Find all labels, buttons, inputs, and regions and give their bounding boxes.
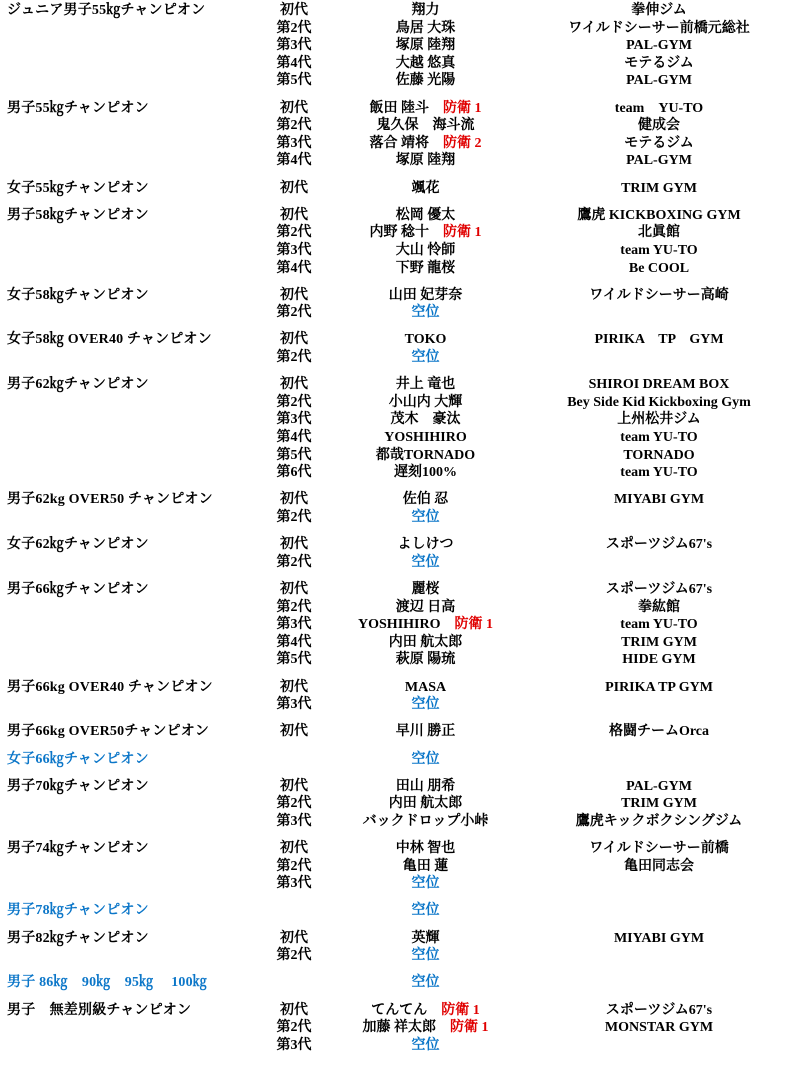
- champion-name-cell: 颯花: [323, 180, 528, 198]
- gym-name: team YU-TO: [528, 242, 790, 260]
- generation-label: 初代: [265, 930, 323, 948]
- category-label: 男子66kg OVER50チャンピオン: [7, 723, 265, 741]
- generation-label: 第4代: [265, 260, 323, 278]
- champion-name-cell: 鬼久保 海斗流: [323, 117, 528, 135]
- gym-name: [528, 1037, 790, 1055]
- category-spacer: [7, 152, 265, 170]
- table-row: 第3代バックドロップ小峠鷹虎キックボクシングジム: [7, 813, 790, 831]
- generation-label: 初代: [265, 100, 323, 118]
- generation-label: 初代: [265, 581, 323, 599]
- champion-name: 下野 龍桜: [396, 261, 456, 276]
- category-spacer: [7, 696, 265, 714]
- champion-name-cell: 空位: [323, 509, 528, 527]
- champion-name-cell: 内田 航太郎: [323, 634, 528, 652]
- table-row: 第3代落合 靖将防衛 2モテるジム: [7, 135, 790, 153]
- generation-label: 第3代: [265, 813, 323, 831]
- champion-name-cell: てんてん防衛 1: [323, 1002, 528, 1020]
- category-spacer: [7, 117, 265, 135]
- table-row: 男子66kg OVER40 チャンピオン初代MASAPIRIKA TP GYM: [7, 679, 790, 697]
- champion-list: ジュニア男子55㎏チャンピオン初代翔力拳伸ジム第2代鳥居 大珠ワイルドシーサー前…: [7, 2, 790, 1054]
- champion-name-cell: 田山 朋希: [323, 778, 528, 796]
- champion-name: 飯田 陸斗: [370, 101, 430, 116]
- champion-name-cell: 塚原 陸翔: [323, 152, 528, 170]
- champion-name-cell: 遅刻100%: [323, 464, 528, 482]
- champion-name-cell: YOSHIHIRO防衛 1: [323, 616, 528, 634]
- generation-label: 第3代: [265, 1037, 323, 1055]
- generation-label: 初代: [265, 536, 323, 554]
- champion-name-cell: 空位: [323, 875, 528, 893]
- champion-name: 落合 靖将: [370, 136, 430, 151]
- generation-label: [265, 902, 323, 920]
- vacant-label: 空位: [412, 903, 440, 918]
- generation-label: 第2代: [265, 599, 323, 617]
- gym-name: team YU-TO: [528, 464, 790, 482]
- gym-name: PAL-GYM: [528, 37, 790, 55]
- generation-label: 初代: [265, 2, 323, 20]
- table-row: 第4代大越 悠真モテるジム: [7, 55, 790, 73]
- category-spacer: [7, 509, 265, 527]
- category-spacer: [7, 411, 265, 429]
- generation-label: 第4代: [265, 634, 323, 652]
- table-row: 第3代塚原 陸翔PAL-GYM: [7, 37, 790, 55]
- generation-label: 第5代: [265, 447, 323, 465]
- champion-name: 山田 妃芽奈: [389, 288, 463, 303]
- gym-name: 北眞館: [528, 224, 790, 242]
- champion-name: 麗桜: [412, 582, 440, 597]
- category-spacer: [7, 447, 265, 465]
- gym-name: team YU-TO: [528, 616, 790, 634]
- champion-name-cell: 翔力: [323, 2, 528, 20]
- table-row: 第5代佐藤 光陽PAL-GYM: [7, 72, 790, 90]
- category-spacer: [7, 554, 265, 572]
- champion-name: 中林 智也: [396, 841, 456, 856]
- gym-name: PIRIKA TP GYM: [528, 331, 790, 349]
- generation-label: 初代: [265, 287, 323, 305]
- gym-name: TRIM GYM: [528, 634, 790, 652]
- gym-name: 拳紘館: [528, 599, 790, 617]
- table-row: 男子66㎏チャンピオン初代麗桜スポーツジム67's: [7, 581, 790, 599]
- section: 女子58㎏ OVER40 チャンピオン初代TOKOPIRIKA TP GYM第2…: [7, 331, 790, 366]
- category-label: 男子82㎏チャンピオン: [7, 930, 265, 948]
- champion-name: 内野 稔十: [370, 225, 430, 240]
- champion-name-cell: 飯田 陸斗防衛 1: [323, 100, 528, 118]
- section: ジュニア男子55㎏チャンピオン初代翔力拳伸ジム第2代鳥居 大珠ワイルドシーサー前…: [7, 2, 790, 90]
- gym-name: TRIM GYM: [528, 180, 790, 198]
- champion-name-cell: 茂木 豪汰: [323, 411, 528, 429]
- champion-name-cell: 小山内 大輝: [323, 394, 528, 412]
- champion-name: バックドロップ小峠: [363, 814, 489, 829]
- gym-name: [528, 902, 790, 920]
- vacant-label: 空位: [412, 510, 440, 525]
- champion-name-cell: 内野 稔十防衛 1: [323, 224, 528, 242]
- table-row: 第3代空位: [7, 875, 790, 893]
- category-label: 男子 無差別級チャンピオン: [7, 1002, 265, 1020]
- gym-name: [528, 974, 790, 992]
- generation-label: 第4代: [265, 152, 323, 170]
- champion-name: 鳥居 大珠: [396, 21, 456, 36]
- generation-label: 第2代: [265, 224, 323, 242]
- vacant-label: 空位: [412, 305, 440, 320]
- gym-name: [528, 947, 790, 965]
- gym-name: 鷹虎キックボクシングジム: [528, 813, 790, 831]
- category-spacer: [7, 1037, 265, 1055]
- generation-label: 第2代: [265, 304, 323, 322]
- section: 女子62㎏チャンピオン初代よしけつスポーツジム67's第2代空位: [7, 536, 790, 571]
- category-label: 女子58㎏ OVER40 チャンピオン: [7, 331, 265, 349]
- category-spacer: [7, 429, 265, 447]
- champion-name-cell: 萩原 陽琉: [323, 651, 528, 669]
- champion-name: 翔力: [412, 3, 440, 18]
- section: 男子 無差別級チャンピオン初代てんてん防衛 1スポーツジム67's第2代加藤 祥…: [7, 1002, 790, 1055]
- gym-name: スポーツジム67's: [528, 536, 790, 554]
- generation-label: 第2代: [265, 947, 323, 965]
- category-spacer: [7, 349, 265, 367]
- gym-name: ワイルドシーサー前橋元総社: [528, 20, 790, 38]
- gym-name: ワイルドシーサー高崎: [528, 287, 790, 305]
- gym-name: 鷹虎 KICKBOXING GYM: [528, 207, 790, 225]
- champion-name-cell: 落合 靖将防衛 2: [323, 135, 528, 153]
- vacant-label: 空位: [412, 975, 440, 990]
- table-row: 男子82㎏チャンピオン初代英輝MIYABI GYM: [7, 930, 790, 948]
- gym-name: MIYABI GYM: [528, 491, 790, 509]
- table-row: 第2代渡辺 日高拳紘館: [7, 599, 790, 617]
- generation-label: 第3代: [265, 875, 323, 893]
- category-label: 男子78㎏チャンピオン: [7, 902, 265, 920]
- section: 女子55㎏チャンピオン初代颯花TRIM GYM: [7, 180, 790, 198]
- champion-name-cell: 早川 勝正: [323, 723, 528, 741]
- generation-label: 初代: [265, 840, 323, 858]
- table-row: 男子62㎏チャンピオン初代井上 竜也SHIROI DREAM BOX: [7, 376, 790, 394]
- generation-label: 初代: [265, 180, 323, 198]
- champion-name: 都哉TORNADO: [376, 448, 475, 463]
- defense-badge: 防衛 1: [441, 1003, 480, 1018]
- champion-name-cell: 佐藤 光陽: [323, 72, 528, 90]
- champion-name-cell: MASA: [323, 679, 528, 697]
- generation-label: 第3代: [265, 411, 323, 429]
- champion-name-cell: 空位: [323, 696, 528, 714]
- defense-badge: 防衛 1: [454, 617, 493, 632]
- gym-name: [528, 554, 790, 572]
- table-row: 女子66㎏チャンピオン空位: [7, 751, 790, 769]
- gym-name: スポーツジム67's: [528, 581, 790, 599]
- generation-label: 初代: [265, 376, 323, 394]
- champion-name: 渡辺 日高: [396, 600, 456, 615]
- champion-name-cell: バックドロップ小峠: [323, 813, 528, 831]
- generation-label: 第3代: [265, 135, 323, 153]
- gym-name: PIRIKA TP GYM: [528, 679, 790, 697]
- table-row: 第2代内野 稔十防衛 1北眞館: [7, 224, 790, 242]
- category-spacer: [7, 135, 265, 153]
- category-spacer: [7, 875, 265, 893]
- category-spacer: [7, 795, 265, 813]
- champion-name: 井上 竜也: [396, 377, 456, 392]
- section: 男子58㎏チャンピオン初代松岡 優太鷹虎 KICKBOXING GYM第2代内野…: [7, 207, 790, 277]
- table-row: 女子58㎏ OVER40 チャンピオン初代TOKOPIRIKA TP GYM: [7, 331, 790, 349]
- generation-label: 第2代: [265, 795, 323, 813]
- champion-name-cell: 空位: [323, 974, 528, 992]
- category-spacer: [7, 616, 265, 634]
- champion-name-cell: 空位: [323, 947, 528, 965]
- generation-label: 第3代: [265, 616, 323, 634]
- generation-label: 第2代: [265, 20, 323, 38]
- category-spacer: [7, 1019, 265, 1037]
- champion-name: 松岡 優太: [396, 208, 456, 223]
- gym-name: [528, 304, 790, 322]
- table-row: ジュニア男子55㎏チャンピオン初代翔力拳伸ジム: [7, 2, 790, 20]
- generation-label: [265, 751, 323, 769]
- defense-badge: 防衛 1: [450, 1020, 489, 1035]
- gym-name: Be COOL: [528, 260, 790, 278]
- champion-name-cell: 空位: [323, 1037, 528, 1055]
- generation-label: 第2代: [265, 509, 323, 527]
- gym-name: PAL-GYM: [528, 72, 790, 90]
- table-row: 男子55㎏チャンピオン初代飯田 陸斗防衛 1team YU-TO: [7, 100, 790, 118]
- champion-name: 小山内 大輝: [389, 395, 463, 410]
- table-row: 第2代鬼久保 海斗流健成会: [7, 117, 790, 135]
- champion-name: 大越 悠真: [396, 56, 456, 71]
- category-label: 男子70㎏チャンピオン: [7, 778, 265, 796]
- champion-name-cell: 大山 怜師: [323, 242, 528, 260]
- table-row: 第2代空位: [7, 509, 790, 527]
- category-spacer: [7, 304, 265, 322]
- gym-name: スポーツジム67's: [528, 1002, 790, 1020]
- category-label: 女子62㎏チャンピオン: [7, 536, 265, 554]
- generation-label: 初代: [265, 331, 323, 349]
- table-row: 第2代内田 航太郎TRIM GYM: [7, 795, 790, 813]
- generation-label: 第2代: [265, 858, 323, 876]
- generation-label: 第2代: [265, 349, 323, 367]
- generation-label: 第4代: [265, 429, 323, 447]
- category-spacer: [7, 634, 265, 652]
- section: 女子58㎏チャンピオン初代山田 妃芽奈ワイルドシーサー高崎第2代空位: [7, 287, 790, 322]
- champion-name-cell: 塚原 陸翔: [323, 37, 528, 55]
- gym-name: Bey Side Kid Kickboxing Gym: [528, 394, 790, 412]
- gym-name: MONSTAR GYM: [528, 1019, 790, 1037]
- category-label: ジュニア男子55㎏チャンピオン: [7, 2, 265, 20]
- table-row: 男子74㎏チャンピオン初代中林 智也ワイルドシーサー前橋: [7, 840, 790, 858]
- table-row: 第6代遅刻100%team YU-TO: [7, 464, 790, 482]
- generation-label: 初代: [265, 491, 323, 509]
- generation-label: 第6代: [265, 464, 323, 482]
- table-row: 第2代空位: [7, 349, 790, 367]
- generation-label: 第4代: [265, 55, 323, 73]
- generation-label: 第2代: [265, 554, 323, 572]
- defense-badge: 防衛 2: [443, 136, 482, 151]
- champion-name: 加藤 祥太郎: [363, 1020, 437, 1035]
- champion-name-cell: 鳥居 大珠: [323, 20, 528, 38]
- category-label: 女子55㎏チャンピオン: [7, 180, 265, 198]
- champion-name: 佐藤 光陽: [396, 73, 456, 88]
- table-row: 男子 86㎏ 90㎏ 95㎏ 100㎏空位: [7, 974, 790, 992]
- champion-name-cell: 空位: [323, 349, 528, 367]
- gym-name: [528, 696, 790, 714]
- champion-name: YOSHIHIRO: [358, 617, 440, 632]
- champions-page: ジュニア男子55㎏チャンピオン初代翔力拳伸ジム第2代鳥居 大珠ワイルドシーサー前…: [0, 0, 798, 1054]
- table-row: 男子70㎏チャンピオン初代田山 朋希PAL-GYM: [7, 778, 790, 796]
- section: 男子 86㎏ 90㎏ 95㎏ 100㎏空位: [7, 974, 790, 992]
- table-row: 男子62kg OVER50 チャンピオン初代佐伯 忍MIYABI GYM: [7, 491, 790, 509]
- gym-name: モテるジム: [528, 135, 790, 153]
- champion-name: 内田 航太郎: [389, 635, 463, 650]
- champion-name-cell: 亀田 蓮: [323, 858, 528, 876]
- table-row: 第3代茂木 豪汰上州松井ジム: [7, 411, 790, 429]
- category-spacer: [7, 260, 265, 278]
- gym-name: 格闘チームOrca: [528, 723, 790, 741]
- champion-name-cell: YOSHIHIRO: [323, 429, 528, 447]
- champion-name: 塚原 陸翔: [396, 153, 456, 168]
- table-row: 第2代鳥居 大珠ワイルドシーサー前橋元総社: [7, 20, 790, 38]
- champion-name: よしけつ: [398, 537, 454, 552]
- champion-name-cell: よしけつ: [323, 536, 528, 554]
- category-label: 男子55㎏チャンピオン: [7, 100, 265, 118]
- gym-name: [528, 349, 790, 367]
- champion-name-cell: TOKO: [323, 331, 528, 349]
- gym-name: 拳伸ジム: [528, 2, 790, 20]
- vacant-label: 空位: [412, 948, 440, 963]
- vacant-label: 空位: [412, 555, 440, 570]
- gym-name: PAL-GYM: [528, 778, 790, 796]
- champion-name-cell: 空位: [323, 554, 528, 572]
- table-row: 女子58㎏チャンピオン初代山田 妃芽奈ワイルドシーサー高崎: [7, 287, 790, 305]
- champion-name: MASA: [405, 680, 446, 695]
- champion-name: 萩原 陽琉: [396, 652, 456, 667]
- champion-name: 茂木 豪汰: [391, 412, 461, 427]
- category-label: 男子62㎏チャンピオン: [7, 376, 265, 394]
- table-row: 第4代下野 龍桜Be COOL: [7, 260, 790, 278]
- generation-label: 初代: [265, 1002, 323, 1020]
- gym-name: [528, 751, 790, 769]
- table-row: 第2代加藤 祥太郎防衛 1MONSTAR GYM: [7, 1019, 790, 1037]
- champion-name: 遅刻100%: [394, 465, 457, 480]
- champion-name-cell: 松岡 優太: [323, 207, 528, 225]
- table-row: 第2代空位: [7, 554, 790, 572]
- category-label: 男子74㎏チャンピオン: [7, 840, 265, 858]
- champion-name-cell: 都哉TORNADO: [323, 447, 528, 465]
- category-spacer: [7, 55, 265, 73]
- vacant-label: 空位: [412, 752, 440, 767]
- section: 男子66㎏チャンピオン初代麗桜スポーツジム67's第2代渡辺 日高拳紘館第3代Y…: [7, 581, 790, 669]
- champion-name: 早川 勝正: [396, 724, 456, 739]
- champion-name-cell: 加藤 祥太郎防衛 1: [323, 1019, 528, 1037]
- champion-name-cell: 渡辺 日高: [323, 599, 528, 617]
- champion-name-cell: 英輝: [323, 930, 528, 948]
- category-spacer: [7, 947, 265, 965]
- champion-name-cell: 佐伯 忍: [323, 491, 528, 509]
- section: 男子78㎏チャンピオン空位: [7, 902, 790, 920]
- category-spacer: [7, 72, 265, 90]
- generation-label: 第5代: [265, 72, 323, 90]
- defense-badge: 防衛 1: [443, 101, 482, 116]
- table-row: 第3代大山 怜師team YU-TO: [7, 242, 790, 260]
- generation-label: 第3代: [265, 696, 323, 714]
- category-spacer: [7, 394, 265, 412]
- section: 男子82㎏チャンピオン初代英輝MIYABI GYM第2代空位: [7, 930, 790, 965]
- category-spacer: [7, 858, 265, 876]
- category-label: 男子62kg OVER50 チャンピオン: [7, 491, 265, 509]
- generation-label: 初代: [265, 723, 323, 741]
- champion-name: 内田 航太郎: [389, 796, 463, 811]
- gym-name: 亀田同志会: [528, 858, 790, 876]
- champion-name: 田山 朋希: [396, 779, 456, 794]
- table-row: 男子78㎏チャンピオン空位: [7, 902, 790, 920]
- champion-name: 大山 怜師: [396, 243, 456, 258]
- gym-name: TORNADO: [528, 447, 790, 465]
- champion-name-cell: 空位: [323, 751, 528, 769]
- gym-name: SHIROI DREAM BOX: [528, 376, 790, 394]
- vacant-label: 空位: [412, 350, 440, 365]
- champion-name-cell: 大越 悠真: [323, 55, 528, 73]
- champion-name-cell: 空位: [323, 304, 528, 322]
- generation-label: 初代: [265, 679, 323, 697]
- vacant-label: 空位: [412, 697, 440, 712]
- champion-name: 英輝: [412, 931, 440, 946]
- section: 男子66kg OVER40 チャンピオン初代MASAPIRIKA TP GYM第…: [7, 679, 790, 714]
- champion-name: TOKO: [405, 332, 447, 347]
- table-row: 第5代萩原 陽琉HIDE GYM: [7, 651, 790, 669]
- table-row: 男子66kg OVER50チャンピオン初代早川 勝正格闘チームOrca: [7, 723, 790, 741]
- table-row: 第3代YOSHIHIRO防衛 1team YU-TO: [7, 616, 790, 634]
- category-spacer: [7, 464, 265, 482]
- gym-name: [528, 875, 790, 893]
- champion-name: 鬼久保 海斗流: [377, 118, 475, 133]
- category-spacer: [7, 20, 265, 38]
- category-spacer: [7, 242, 265, 260]
- table-row: 第2代空位: [7, 304, 790, 322]
- champion-name: 亀田 蓮: [403, 859, 449, 874]
- generation-label: 第5代: [265, 651, 323, 669]
- champion-name: 颯花: [412, 181, 440, 196]
- table-row: 第3代空位: [7, 696, 790, 714]
- section: 男子55㎏チャンピオン初代飯田 陸斗防衛 1team YU-TO第2代鬼久保 海…: [7, 100, 790, 170]
- gym-name: TRIM GYM: [528, 795, 790, 813]
- vacant-label: 空位: [412, 1038, 440, 1053]
- category-label: 男子66kg OVER40 チャンピオン: [7, 679, 265, 697]
- champion-name-cell: 山田 妃芽奈: [323, 287, 528, 305]
- section: 男子74㎏チャンピオン初代中林 智也ワイルドシーサー前橋第2代亀田 蓮亀田同志会…: [7, 840, 790, 893]
- gym-name: モテるジム: [528, 55, 790, 73]
- table-row: 第4代塚原 陸翔PAL-GYM: [7, 152, 790, 170]
- champion-name-cell: 下野 龍桜: [323, 260, 528, 278]
- gym-name: 健成会: [528, 117, 790, 135]
- table-row: 第4代YOSHIHIROteam YU-TO: [7, 429, 790, 447]
- category-spacer: [7, 37, 265, 55]
- champion-name-cell: 中林 智也: [323, 840, 528, 858]
- generation-label: [265, 974, 323, 992]
- generation-label: 第2代: [265, 394, 323, 412]
- gym-name: [528, 509, 790, 527]
- table-row: 女子62㎏チャンピオン初代よしけつスポーツジム67's: [7, 536, 790, 554]
- generation-label: 第2代: [265, 117, 323, 135]
- table-row: 第2代小山内 大輝Bey Side Kid Kickboxing Gym: [7, 394, 790, 412]
- generation-label: 初代: [265, 207, 323, 225]
- table-row: 第3代空位: [7, 1037, 790, 1055]
- gym-name: team YU-TO: [528, 429, 790, 447]
- generation-label: 第3代: [265, 242, 323, 260]
- table-row: 第2代亀田 蓮亀田同志会: [7, 858, 790, 876]
- section: 男子62㎏チャンピオン初代井上 竜也SHIROI DREAM BOX第2代小山内…: [7, 376, 790, 482]
- section: 男子70㎏チャンピオン初代田山 朋希PAL-GYM第2代内田 航太郎TRIM G…: [7, 778, 790, 831]
- category-label: 男子 86㎏ 90㎏ 95㎏ 100㎏: [7, 974, 265, 992]
- champion-name-cell: 麗桜: [323, 581, 528, 599]
- category-label: 男子66㎏チャンピオン: [7, 581, 265, 599]
- table-row: 男子 無差別級チャンピオン初代てんてん防衛 1スポーツジム67's: [7, 1002, 790, 1020]
- gym-name: ワイルドシーサー前橋: [528, 840, 790, 858]
- category-spacer: [7, 599, 265, 617]
- champion-name-cell: 井上 竜也: [323, 376, 528, 394]
- champion-name: てんてん: [371, 1003, 427, 1018]
- champion-name: 佐伯 忍: [403, 492, 449, 507]
- gym-name: HIDE GYM: [528, 651, 790, 669]
